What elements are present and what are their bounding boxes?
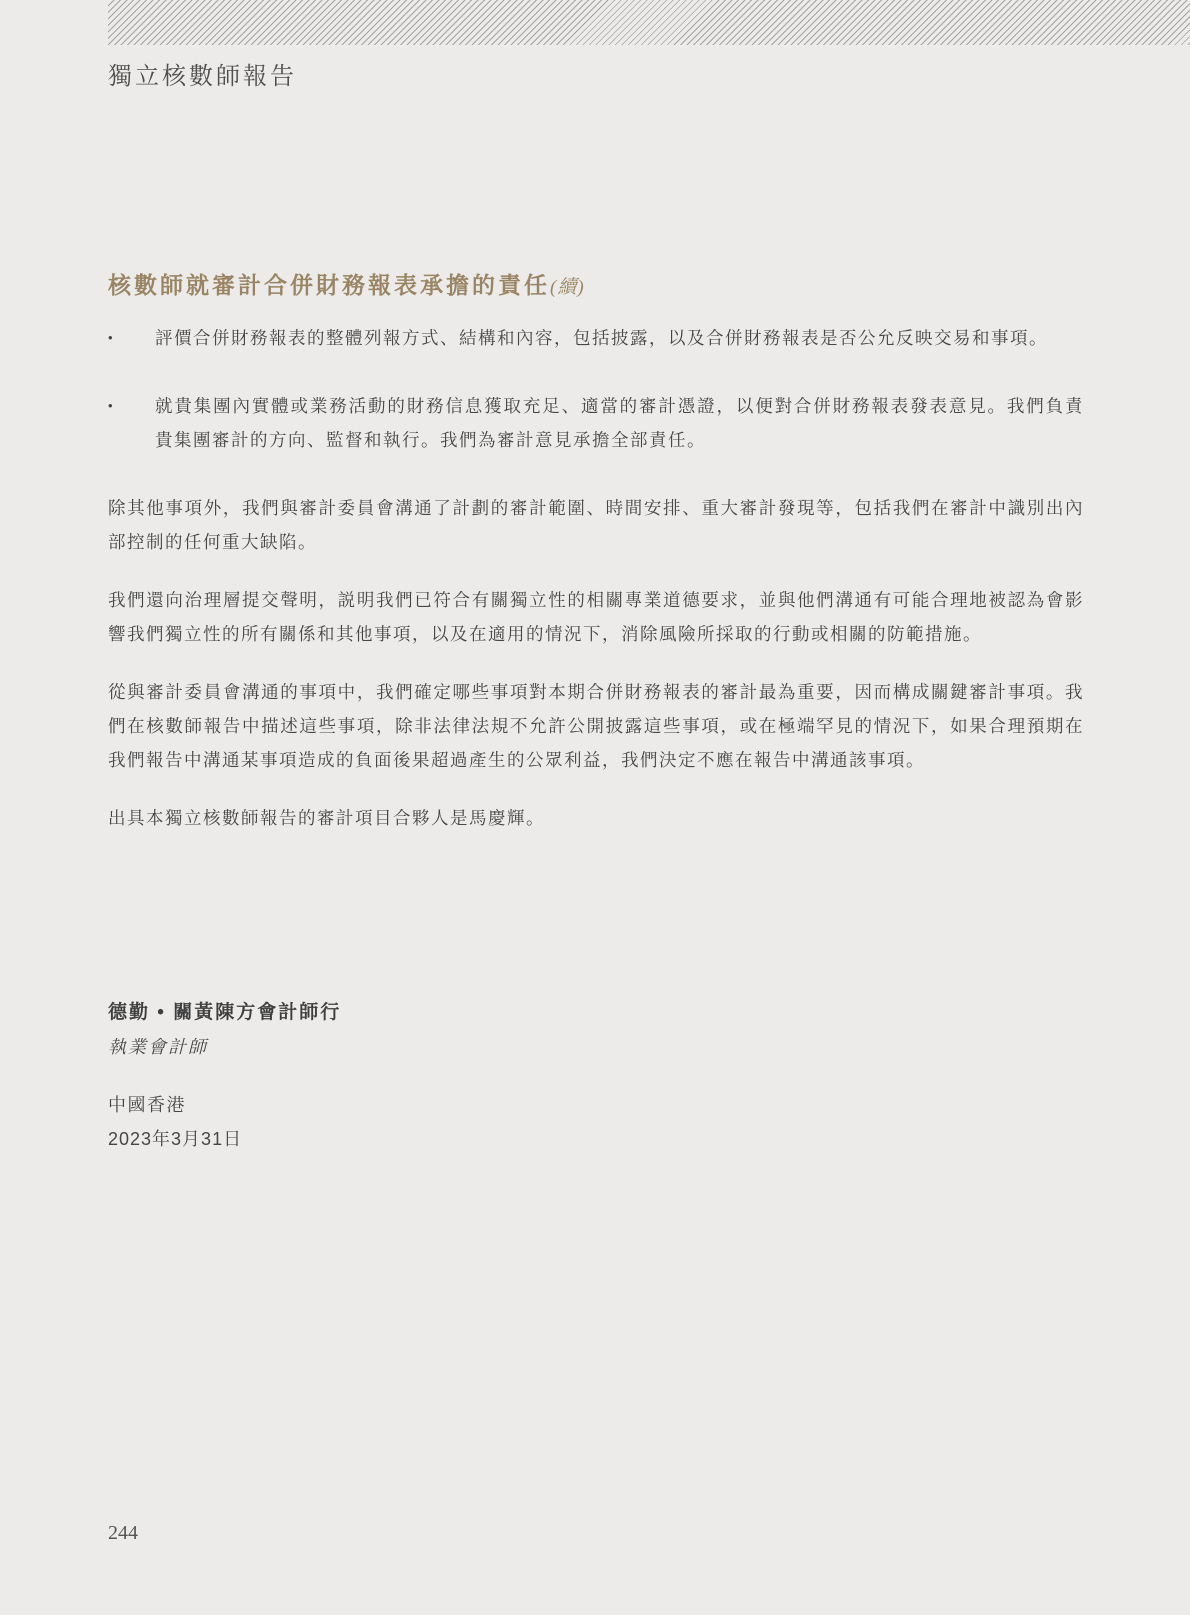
section-heading-text: 核數師就審計合併財務報表承擔的責任 (108, 272, 550, 298)
list-item: • 就貴集團內實體或業務活動的財務信息獲取充足、適當的審計憑證，以便對合併財務報… (108, 389, 1084, 457)
report-page: 獨立核數師報告 核數師就審計合併財務報表承擔的責任(續) • 評價合併財務報表的… (0, 0, 1190, 1615)
responsibilities-section: 核數師就審計合併財務報表承擔的責任(續) • 評價合併財務報表的整體列報方式、結… (108, 268, 1084, 859)
location-date-block: 中國香港 2023年3月31日 (108, 1088, 242, 1156)
signature-block: 德勤 • 關黃陳方會計師行 執業會計師 (108, 996, 341, 1064)
body-paragraph: 出具本獨立核數師報告的審計項目合夥人是馬慶輝。 (108, 801, 1084, 835)
page-number: 244 (108, 1522, 138, 1545)
bullet-icon: • (108, 321, 155, 355)
report-location: 中國香港 (108, 1088, 242, 1122)
bullet-icon: • (108, 389, 155, 457)
body-paragraph: 除其他事項外，我們與審計委員會溝通了計劃的審計範圍、時間安排、重大審計發現等，包… (108, 491, 1084, 559)
hatch-pattern-band (108, 0, 1190, 45)
section-heading: 核數師就審計合併財務報表承擔的責任(續) (108, 268, 1084, 305)
body-paragraph: 我們還向治理層提交聲明，説明我們已符合有關獨立性的相關專業道德要求，並與他們溝通… (108, 583, 1084, 651)
bullet-text: 就貴集團內實體或業務活動的財務信息獲取充足、適當的審計憑證，以便對合併財務報表發… (155, 389, 1084, 457)
bullet-text: 評價合併財務報表的整體列報方式、結構和內容，包括披露，以及合併財務報表是否公允反… (155, 321, 1084, 355)
audit-firm-designation: 執業會計師 (108, 1030, 341, 1064)
bullet-list: • 評價合併財務報表的整體列報方式、結構和內容，包括披露，以及合併財務報表是否公… (108, 321, 1084, 457)
report-date: 2023年3月31日 (108, 1122, 242, 1156)
list-item: • 評價合併財務報表的整體列報方式、結構和內容，包括披露，以及合併財務報表是否公… (108, 321, 1084, 355)
section-heading-continued-suffix: (續) (550, 277, 585, 298)
audit-firm-name: 德勤 • 關黃陳方會計師行 (108, 996, 341, 1030)
body-paragraph: 從與審計委員會溝通的事項中，我們確定哪些事項對本期合併財務報表的審計最為重要，因… (108, 675, 1084, 777)
page-header-title: 獨立核數師報告 (108, 56, 297, 91)
